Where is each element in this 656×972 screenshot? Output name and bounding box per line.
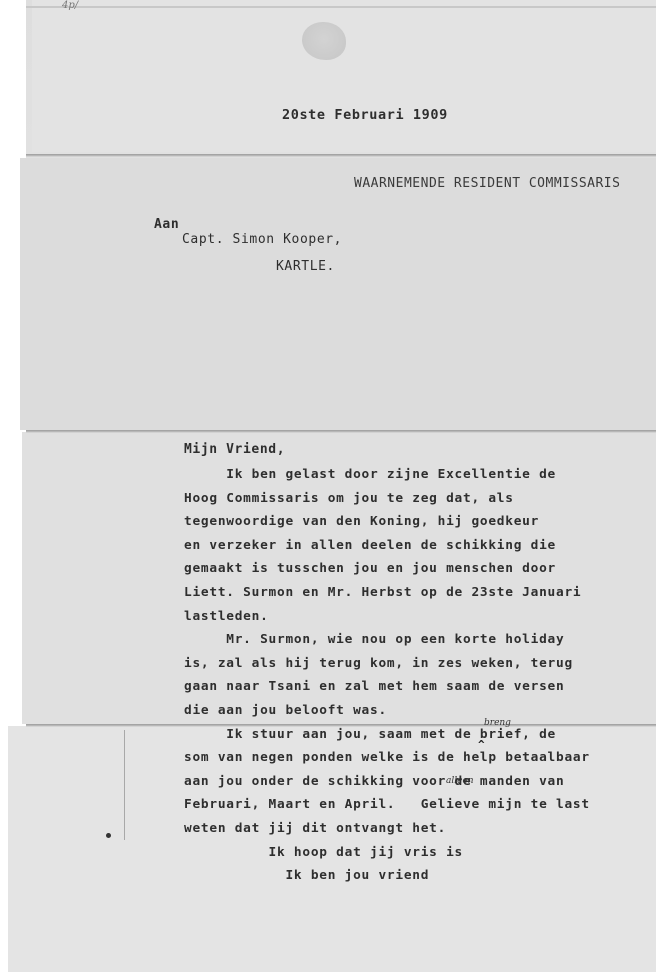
body-line: lastleden. (184, 609, 269, 625)
water-stain (302, 22, 346, 60)
body-line: Mr. Surmon, wie nou op een korte holiday (184, 632, 564, 648)
letter-date: 20ste Februari 1909 (282, 107, 448, 123)
body-line: is, zal als hij terug kom, in zes weken,… (184, 656, 573, 672)
recipient-name: Capt. Simon Kooper, (182, 232, 342, 248)
address-prefix: Aan (154, 217, 179, 233)
paper-crease (124, 730, 125, 840)
body-line: Ik hoop dat jij vris is (184, 845, 463, 861)
body-line: Hoog Commissaris om jou te zeg dat, als (184, 491, 514, 507)
body-line: som van negen ponden welke is de help be… (184, 750, 590, 766)
fold-line (26, 154, 656, 157)
body-line: Liett. Surmon en Mr. Herbst op de 23ste … (184, 585, 581, 601)
recipient-place: KARTLE. (276, 259, 335, 275)
body-line: die aan jou belooft was. (184, 703, 387, 719)
body-line: weten dat jij dit ontvangt het. (184, 821, 446, 837)
body-line: tegenwoordige van den Koning, hij goedke… (184, 514, 539, 530)
handwritten-annotation: alleen (446, 776, 474, 786)
corner-pencil-mark: 4p/ (62, 0, 78, 11)
body-line: gemaakt is tusschen jou en jou menschen … (184, 561, 556, 577)
fold-line (26, 6, 656, 8)
body-line: Ik stuur aan jou, saam met de brief, de (184, 727, 556, 743)
handwritten-annotation: breng (484, 718, 511, 728)
paper-panel-address (20, 158, 656, 430)
body-line: Februari, Maart en April. Gelieve mijn t… (184, 797, 590, 813)
fold-line (26, 430, 656, 433)
salutation: Mijn Vriend, (184, 442, 285, 458)
body-line: gaan naar Tsani en zal met hem saam de v… (184, 679, 564, 695)
body-line: en verzeker in allen deelen de schikking… (184, 538, 556, 554)
body-line: aan jou onder de schikking voor de mande… (184, 774, 564, 790)
ink-spot (106, 833, 111, 838)
letter-heading: WAARNEMENDE RESIDENT COMMISSARIS (354, 176, 620, 192)
body-line: Ik ben gelast door zijne Excellentie de (184, 467, 556, 483)
body-line: Ik ben jou vriend (184, 868, 429, 884)
insertion-caret: ^ (478, 738, 485, 751)
paper-panel-top (32, 0, 656, 152)
